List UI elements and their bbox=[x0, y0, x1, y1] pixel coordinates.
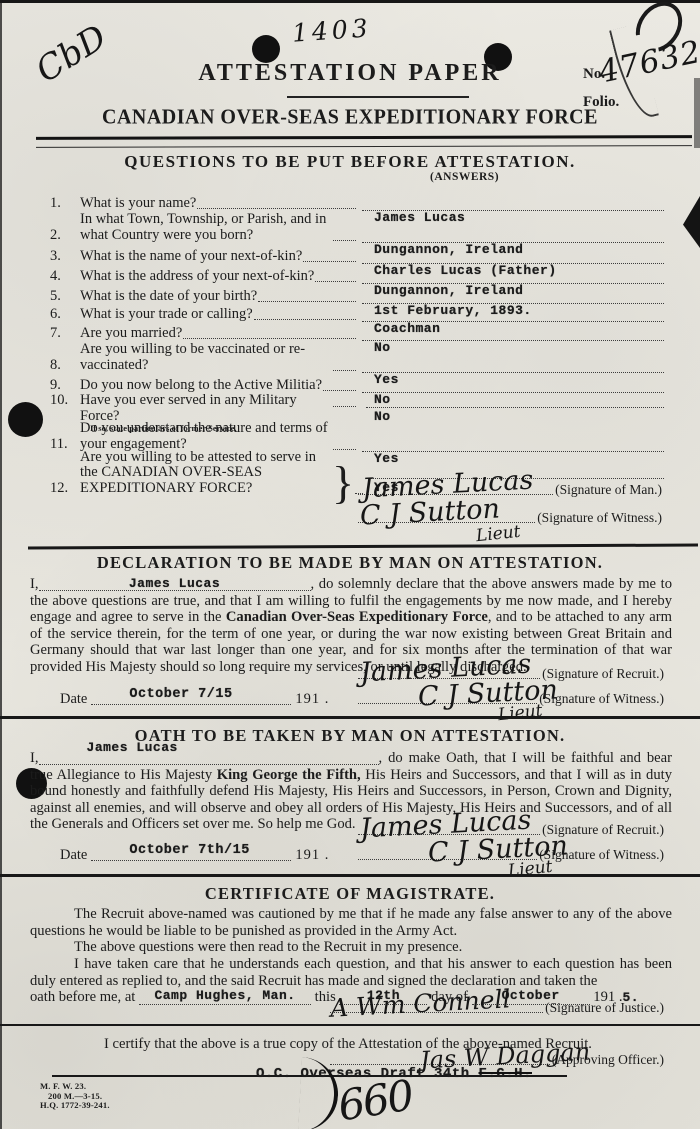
answer-line: Yes bbox=[362, 421, 664, 452]
declaration-prefix: I, bbox=[30, 576, 39, 592]
brace-glyph: } bbox=[332, 478, 354, 488]
typed-place: Camp Hughes, Man. bbox=[154, 988, 295, 1003]
signature-of-recruit-label: (Signature of Recruit.) bbox=[540, 666, 664, 682]
handwritten-number-top: 1403 bbox=[291, 13, 372, 47]
section-divider bbox=[0, 1024, 700, 1026]
declaration-date-row: Date October 7/15 191 . bbox=[60, 688, 350, 708]
scan-edge-top bbox=[0, 0, 700, 3]
question-number: 2. bbox=[50, 228, 80, 244]
answer-line: No bbox=[362, 393, 664, 419]
answer-line: Dungannon, Ireland bbox=[362, 266, 664, 284]
name-slot: James Lucas bbox=[39, 750, 379, 765]
section-divider bbox=[28, 544, 698, 550]
question-text: Are you married? bbox=[80, 326, 182, 342]
question-text: Do you now belong to the Active Militia? bbox=[80, 378, 322, 394]
answer-line: Dungannon, Ireland bbox=[362, 211, 664, 243]
question-number: 6. bbox=[50, 307, 80, 323]
name-slot: James Lucas bbox=[39, 576, 311, 591]
question-number: 8. bbox=[50, 358, 80, 374]
question-text: What is the address of your next-of-kin? bbox=[80, 269, 314, 285]
signature-of-man-label: (Signature of Man.) bbox=[553, 482, 662, 498]
questions-heading: QUESTIONS TO BE PUT BEFORE ATTESTATION. bbox=[0, 152, 700, 172]
question-number: 11. bbox=[50, 437, 80, 453]
typed-date: October 7th/15 bbox=[129, 843, 249, 858]
answer-line: Charles Lucas (Father) bbox=[362, 246, 664, 264]
punch-hole-icon bbox=[8, 402, 43, 437]
approving-officer-row: Jas W Daggan (Approving Officer.) bbox=[330, 1048, 664, 1068]
question-row: 11.Do you understand the nature and term… bbox=[50, 421, 664, 452]
year-printed: 191 . bbox=[295, 847, 329, 864]
signature-of-justice-label: (Signature of Justice.) bbox=[543, 1000, 664, 1016]
question-row: 2.In what Town, Township, or Parish, and… bbox=[50, 211, 664, 243]
signature-of-witness-row: C J SuttonLieut (Signature of Witness.) bbox=[358, 843, 664, 863]
question-row: 5.What is the date of your birth? 1st Fe… bbox=[50, 287, 664, 304]
oath-before-text: oath before me, at bbox=[30, 989, 135, 1005]
magistrate-para2: The above questions were then read to th… bbox=[30, 939, 672, 956]
handwritten-rank: Lieut bbox=[475, 522, 521, 547]
year-printed: 191 . bbox=[295, 691, 329, 708]
oath-bold-phrase: King George the Fifth, bbox=[217, 767, 361, 783]
answer-line: James Lucas bbox=[362, 193, 664, 211]
punch-hole-icon bbox=[252, 35, 280, 63]
question-text: Have you ever served in any Military For… bbox=[80, 392, 297, 424]
question-row: 7.Are you married? No bbox=[50, 323, 664, 341]
handwritten-rank: Lieut bbox=[497, 701, 543, 726]
answer-line: No bbox=[362, 323, 664, 341]
scan-edge-wedge bbox=[683, 196, 700, 248]
question-text: What is your trade or calling? bbox=[80, 307, 253, 323]
question-text: Are you willing to be attested to serve … bbox=[80, 450, 332, 497]
unit-struck-text: F.G.H. bbox=[479, 1066, 532, 1082]
attestation-paper-scan: CbD 1403 ATTESTATION PAPER No. 476327 Fo… bbox=[0, 0, 700, 1129]
question-number: 4. bbox=[50, 269, 80, 285]
question-row: 10.Have you ever served in any Military … bbox=[50, 393, 664, 419]
question-row: 8.Are you willing to be vaccinated or re… bbox=[50, 341, 664, 373]
signature-of-witness-row: C J SuttonLieut (Signature of Witness.) bbox=[358, 687, 664, 707]
handwritten-rank: Lieut bbox=[507, 857, 553, 882]
question-number: 10. bbox=[50, 393, 80, 409]
question-text: What is your name? bbox=[80, 196, 196, 212]
answer-line: No bbox=[362, 375, 664, 393]
magistrate-para3: I have taken care that he understands ea… bbox=[30, 956, 672, 989]
declaration-heading: DECLARATION TO BE MADE BY MAN ON ATTESTA… bbox=[0, 553, 700, 573]
typed-name: James Lucas bbox=[129, 576, 220, 591]
form-code-line: H.Q. 1772-39-241. bbox=[40, 1101, 110, 1111]
answers-label: (ANSWERS) bbox=[430, 171, 499, 183]
question-row: 9.Do you now belong to the Active Militi… bbox=[50, 375, 664, 393]
document-subtitle: CANADIAN OVER-SEAS EXPEDITIONARY FORCE bbox=[0, 105, 700, 130]
header-rule bbox=[36, 135, 692, 148]
magistrate-heading: CERTIFICATE OF MAGISTRATE. bbox=[0, 884, 700, 904]
question-number: 7. bbox=[50, 326, 80, 342]
answer-line: Yes bbox=[362, 341, 664, 373]
answer-line: 1st February, 1893. bbox=[362, 287, 664, 304]
title-rule bbox=[287, 96, 469, 98]
signature-of-man-row: James Lucas (Signature of Man.) bbox=[358, 478, 662, 498]
question-text: What is the name of your next-of-kin? bbox=[80, 249, 302, 265]
question-text: What is the date of your birth? bbox=[80, 289, 257, 305]
signature-of-witness-label: (Signature of Witness.) bbox=[535, 510, 662, 526]
question-text: In what Town, Township, or Parish, and i… bbox=[80, 212, 332, 243]
question-number: 5. bbox=[50, 289, 80, 305]
oath-prefix: I, bbox=[30, 750, 39, 766]
question-row: 1.What is your name? James Lucas bbox=[50, 193, 664, 211]
date-label: Date bbox=[60, 847, 87, 864]
declaration-paragraph: I,James Lucas, do solemnly declare that … bbox=[30, 576, 672, 676]
handwritten-number-bottom: 660 bbox=[335, 1071, 416, 1129]
question-number: 9. bbox=[50, 378, 80, 394]
typed-name: James Lucas bbox=[39, 740, 178, 755]
question-number: 1. bbox=[50, 196, 80, 212]
signature-of-justice-row: A Wm Connell (Signature of Justice.) bbox=[330, 996, 664, 1016]
date-label: Date bbox=[60, 691, 87, 708]
question-row: 3.What is the name of your next-of-kin? … bbox=[50, 246, 664, 264]
section-divider bbox=[0, 716, 700, 719]
form-codes: M. F. W. 23. 200 M.—3-15. H.Q. 1772-39-2… bbox=[40, 1082, 110, 1111]
place-slot: Camp Hughes, Man. bbox=[139, 989, 311, 1005]
question-number: 3. bbox=[50, 249, 80, 265]
signature-of-witness-row: C J SuttonLieut (Signature of Witness.) bbox=[358, 506, 662, 526]
declaration-bold-phrase: Canadian Over-Seas Expeditionary Force bbox=[226, 609, 488, 625]
section-divider bbox=[0, 874, 700, 877]
question-row: 6.What is your trade or calling? Coachma… bbox=[50, 305, 664, 322]
typed-date: October 7/15 bbox=[129, 687, 232, 702]
magistrate-para1: The Recruit above-named was cautioned by… bbox=[30, 906, 672, 939]
question-text: Do you understand the nature and terms o… bbox=[80, 421, 332, 452]
question-text: Are you willing to be vaccinated or re-v… bbox=[80, 342, 332, 373]
answer-line: Coachman bbox=[362, 305, 664, 322]
oath-date-row: Date October 7th/15 191 . bbox=[60, 844, 350, 864]
question-row: 4.What is the address of your next-of-ki… bbox=[50, 266, 664, 284]
question-number: 12. bbox=[50, 481, 80, 497]
